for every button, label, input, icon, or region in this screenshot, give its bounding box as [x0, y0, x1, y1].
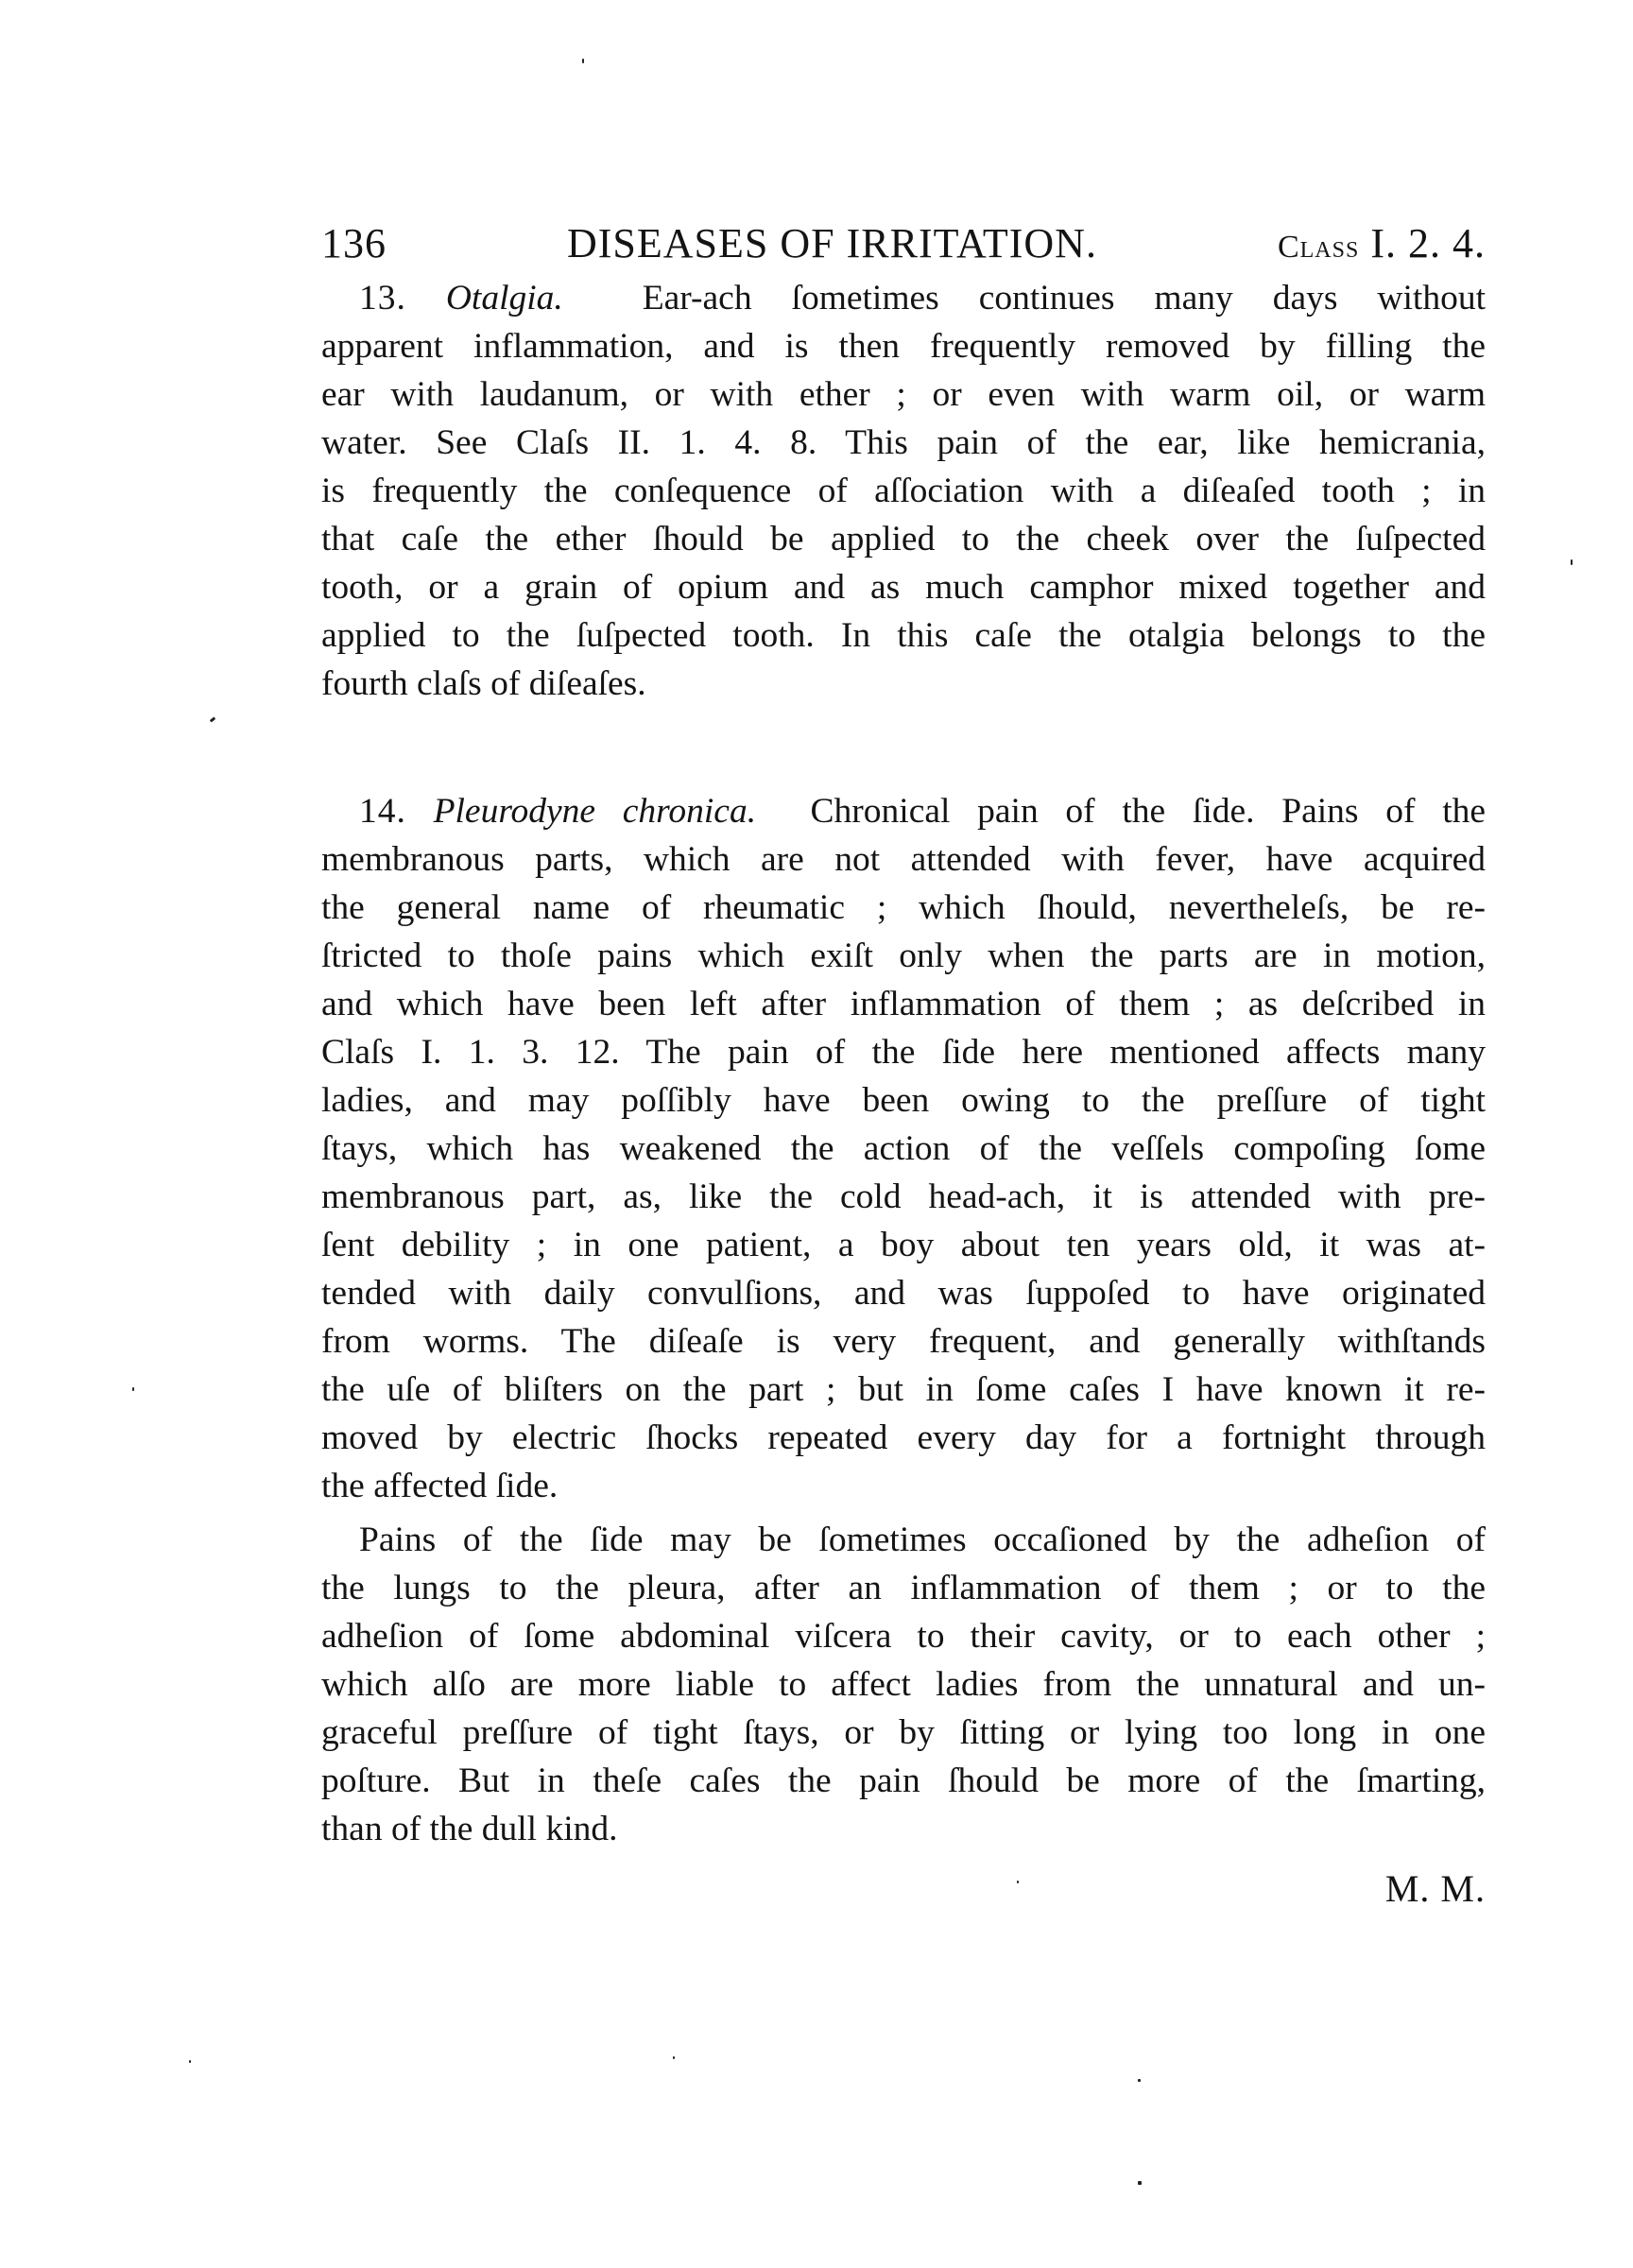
text-line: than of the dull kind. [321, 1805, 1486, 1853]
scan-speck [132, 1387, 134, 1391]
class-number: I. 2. 4. [1370, 220, 1486, 266]
text-line: which alſo are more liable to affect lad… [321, 1660, 1486, 1709]
text-line: adheſion of ſome abdominal viſcera to th… [321, 1612, 1486, 1660]
page-number: 136 [321, 215, 387, 272]
text-line: tooth, or a grain of opium and as much c… [321, 563, 1486, 611]
text-line: graceful preſſure of tight ſtays, or by … [321, 1709, 1486, 1757]
text-line: poſture. But in theſe caſes the pain ſho… [321, 1757, 1486, 1805]
text-line: the lungs to the pleura, after an inflam… [321, 1564, 1486, 1612]
section-name: Pleurodyne chronica. [434, 792, 756, 831]
text-line: that caſe the ether ſhould be applied to… [321, 515, 1486, 563]
text-line: the general name of rheumatic ; which ſh… [321, 884, 1486, 932]
text-line: Claſs I. 1. 3. 12. The pain of the ſide … [321, 1028, 1486, 1076]
text-line: water. See Claſs II. 1. 4. 8. This pain … [321, 419, 1486, 467]
section-number: 13. [359, 279, 406, 318]
scan-speck [673, 2056, 675, 2059]
text-line: fourth claſs of diſeaſes. [321, 660, 1486, 708]
section-pleurodyne-chronica: 14. Pleurodyne chronica. Chronical pain … [321, 787, 1486, 1510]
scan-speck [1138, 2079, 1141, 2082]
paragraph-side-pains: Pains of the ſide may be ſometimes occaſ… [321, 1516, 1486, 1853]
text-line: from worms. The diſeaſe is very frequent… [321, 1317, 1486, 1366]
class-reference: Class I. 2. 4. [1278, 215, 1486, 276]
signature-catchword: M. M. [321, 1861, 1486, 1917]
text-line: 13. Otalgia. Ear-ach ſometimes continues… [321, 274, 1486, 322]
text-line: ear with laudanum, or with ether ; or ev… [321, 370, 1486, 419]
scan-speck [189, 2060, 191, 2063]
text-line: ſent debility ; in one patient, a boy ab… [321, 1221, 1486, 1269]
text-line: and which have been left after inflammat… [321, 980, 1486, 1028]
text-line: membranous parts, which are not attended… [321, 835, 1486, 884]
text-line: applied to the ſuſpected tooth. In this … [321, 611, 1486, 660]
text-line: ſtays, which has weakened the action of … [321, 1125, 1486, 1173]
chapter-title: DISEASES OF IRRITATION. [567, 215, 1097, 272]
text-line: is frequently the conſequence of aſſocia… [321, 467, 1486, 515]
scan-speck [582, 59, 584, 63]
scan-speck [210, 716, 216, 722]
text-line: Pains of the ſide may be ſometimes occaſ… [321, 1516, 1486, 1564]
section-otalgia: 13. Otalgia. Ear-ach ſometimes continues… [321, 274, 1486, 708]
running-head: 136 DISEASES OF IRRITATION. Class I. 2. … [321, 215, 1486, 274]
section-name: Otalgia. [446, 279, 563, 318]
text-line: the affected ſide. [321, 1462, 1486, 1510]
text-line: ſtricted to thoſe pains which exiſt only… [321, 932, 1486, 980]
section-gap [321, 708, 1486, 787]
book-page: 136 DISEASES OF IRRITATION. Class I. 2. … [321, 215, 1486, 1917]
text-line: moved by electric ſhocks repeated every … [321, 1414, 1486, 1462]
class-prefix: Class [1278, 230, 1359, 265]
text-line: apparent inflammation, and is then frequ… [321, 322, 1486, 370]
text-line: ladies, and may poſſibly have been owing… [321, 1076, 1486, 1125]
text-line: the uſe of bliſters on the part ; but in… [321, 1366, 1486, 1414]
text-line: membranous part, as, like the cold head-… [321, 1173, 1486, 1221]
scan-speck [1017, 1881, 1019, 1883]
scan-speck [1571, 559, 1573, 565]
section-number: 14. [359, 792, 406, 831]
text-line: 14. Pleurodyne chronica. Chronical pain … [321, 787, 1486, 835]
text-line: tended with daily convulſions, and was ſ… [321, 1269, 1486, 1317]
scan-speck [1138, 2181, 1142, 2185]
